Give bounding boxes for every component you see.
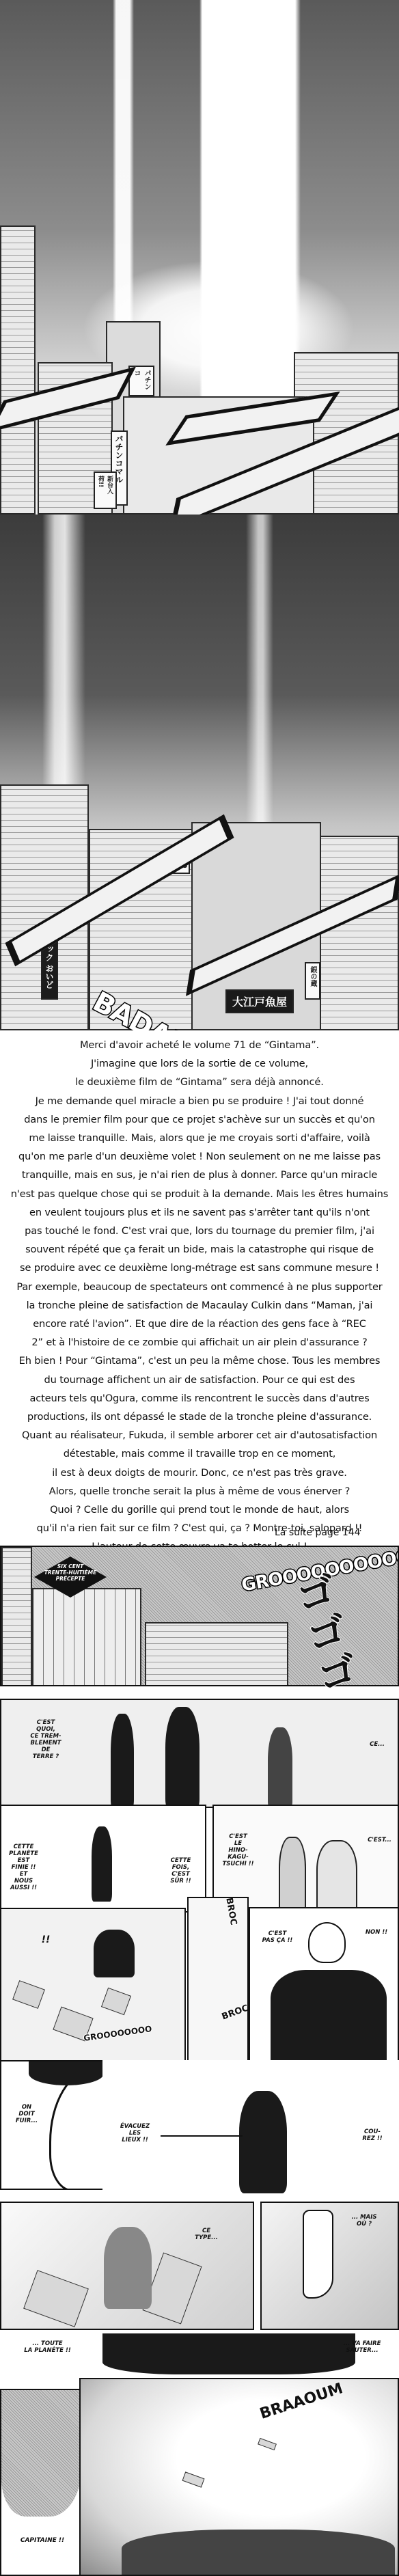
speech-bubble: ... TOUTE LA PLANÈTE !! [15,2340,80,2354]
afterword-line: Je me demande quel miracle a bien pu se … [0,1092,399,1110]
officer-figure [94,1930,135,1977]
speech-bubble: C'EST PAS ÇA !! [257,1930,298,1944]
frame-boot: ... MAIS OÙ ? [260,2202,399,2330]
afterword-line: Par exemple, beaucoup de spectateurs ont… [0,1278,399,1296]
frame-squad: CETTE PLANÈTE EST FINIE !! ET NOUS AUSSI… [0,1805,206,1913]
sfx-rumble-small: GROOOOOOOO [83,2024,153,2043]
afterword-line: Eh bien ! Pour “Gintama”, c'est un peu l… [0,1352,399,1370]
frame-officer-calm: C'EST PAS ÇA !! NON !! [249,1907,399,2061]
afterword-line: productions, ils ont dépassé le stade de… [0,1408,399,1426]
author-afterword: Merci d'avoir acheté le volume 71 de “Gi… [0,1030,399,1546]
chapter-title: SIX CENT TRENTE-HUITIÈME PRÉCEPTE [37,1563,104,1582]
afterword-line: la tronche pleine de satisfaction de Mac… [0,1296,399,1315]
debris [182,2471,205,2487]
speech-bubble: CAPITAINE !! [8,2537,77,2544]
sfx-broc: BROC [221,2003,249,2023]
building-left [1,1547,32,1686]
speech-bubble: NON !! [359,1929,394,1936]
speech-bubble: ÉVACUEZ LES LIEUX !! [113,2123,157,2143]
afterword-line: me laisse tranquille. Mais, alors que je… [0,1129,399,1147]
soldier-figure [268,1727,292,1808]
frame-grin: ... TOUTE LA PLANÈTE !! ... VA FAIRE SAU… [0,2333,399,2374]
speech-bubble: CE... [363,1741,391,1748]
katana [161,2135,243,2137]
debris [101,1988,131,2016]
sfx-broc: BROC [223,1897,238,1926]
frame-big-explosion: BRAAOUM [79,2378,399,2576]
frame-leaping: CE TYPE... [0,2202,254,2330]
frame-rubble: !! GROOOOOOOO [0,1908,186,2061]
afterword-line: dans le premier film pour que ce projet … [0,1110,399,1129]
afterword-line: détestable, mais comme il travaille trop… [0,1444,399,1463]
frame-captain: CAPITAINE !! [0,2389,82,2576]
soldier-figure [111,1714,134,1808]
officer-coat [271,1970,387,2061]
panel-light-beams: パチンコマル パチンコ 新台入荷!! [0,0,399,515]
afterword-line: en veulent toujours plus et ils ne saven… [0,1203,399,1222]
afterword-line: Alors, quelle tronche serait la plus à m… [0,1482,399,1501]
panel-explosion: スナック おいど 大江戸魚屋 M.LD8 銀の蔵 BADABOUM [0,515,399,1030]
speech-bubble: ... MAIS OÙ ? [344,2214,385,2228]
afterword-line: Merci d'avoir acheté le volume 71 de “Gi… [0,1036,399,1054]
amanto-figure [316,1840,357,1913]
afterword-line: du tournage affichent un air de satisfac… [0,1371,399,1389]
afterword-line: souvent répété que ça ferait un bide, ma… [0,1240,399,1259]
continued-on-page: La suite page 144 [275,1527,361,1538]
afterword-line: pas touché le fond. C'est vrai que, lors… [0,1222,399,1240]
ruined-building-center [32,1588,141,1686]
soldier-figure [165,1707,199,1808]
afterword-line: acteurs tels qu'Ogura, comme ils rencont… [0,1389,399,1408]
speech-bubble: ON DOIT FUIR... [10,2104,44,2124]
speech-bubble: CE TYPE... [189,2228,223,2241]
frame-soldiers: C'EST QUOI, CE TREM- BLEMENT DE TERRE ? … [0,1699,399,1808]
speech-bubble: COU- REZ !! [355,2128,389,2142]
sfx-braoum: BRAAOUM [258,2380,345,2423]
fish-shop-sign: 大江戸魚屋 [225,989,294,1013]
debris [23,2270,89,2327]
speech-bubble: ... VA FAIRE SAUTER... [335,2340,389,2354]
debris [12,1980,45,2009]
building-left-tower [0,225,36,515]
silver-storehouse-sign: 銀の蔵 [305,962,320,1000]
speech-bubble: CETTE PLANÈTE EST FINIE !! ET NOUS AUSSI… [5,1844,42,1891]
afterword-line: Quoi ? Celle du gorille qui prend tout l… [0,1501,399,1519]
afterword-line: 2” et à l'histoire de ce zombie qui affi… [0,1333,399,1352]
soldier-figure [92,1826,112,1902]
afterword-line: se produire avec ce deuxième long-métrag… [0,1259,399,1277]
crowd [122,2530,395,2576]
afterword-line: qu'on me parle d'un deuxième volet ! Non… [0,1147,399,1166]
speech-bubble: !! [36,1936,56,1943]
afterword-line: il est à deux doigts de mourir. Donc, ce… [0,1464,399,1482]
speech-bubble: C'EST QUOI, CE TREM- BLEMENT DE TERRE ? [25,1719,66,1760]
leaping-figure [104,2227,152,2309]
new-machines-sign: 新台入荷!! [94,471,117,509]
officer-sword [239,2091,287,2193]
grinning-villain [102,2333,355,2374]
boot [303,2210,333,2299]
falling-soldiers [1,2390,82,2517]
amanto-figure [279,1837,306,1913]
frame-broc: BROC BROC [187,1897,249,2061]
ruined-building-right [145,1622,288,1686]
spiky-hair [29,2061,104,2085]
speech-bubble: C'EST... [364,1837,395,1844]
afterword-line: tranquille, mais en sus, je n'ai rien de… [0,1166,399,1184]
frame-evacuate: ÉVACUEZ LES LIEUX !! COU- REZ !! [102,2060,399,2197]
speech-bubble: C'EST LE HINO- KAGU- TSUCHI !! [216,1833,260,1867]
afterword-line: Quant au réalisateur, Fukuda, il semble … [0,1426,399,1444]
afterword-line: le deuxième film de “Gintama” sera déjà … [0,1073,399,1091]
officer-head [308,1922,346,1963]
afterword-line: J'imagine que lors de la sortie de ce vo… [0,1054,399,1073]
speech-bubble: CETTE FOIS, C'EST SÛR !! [162,1857,199,1885]
frame-shouting-face: ON DOIT FUIR... [0,2060,119,2190]
debris [258,2438,277,2450]
afterword-line: n'est pas quelque chose qui se produit à… [0,1185,399,1203]
afterword-line: encore raté l'avion”. Et que dire de la … [0,1315,399,1333]
